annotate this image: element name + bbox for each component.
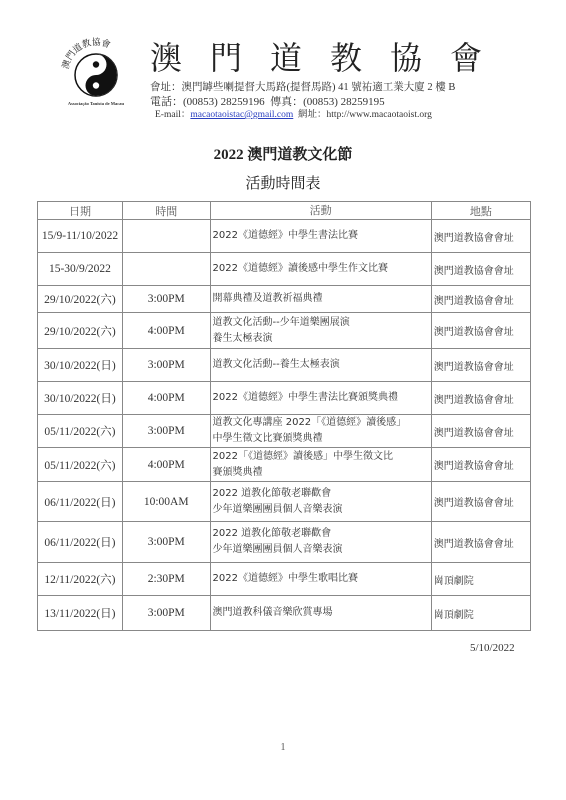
table-row: 05/11/2022(六)4:00PM2022「《道德經》讀後感」中學生徵文比賽…: [38, 448, 531, 482]
cell-activity: 道教文化活動--養生太極表演: [210, 349, 431, 382]
table-row: 29/10/2022(六)3:00PM開幕典禮及道教祈福典禮澳門道教協會會址: [38, 286, 531, 313]
website-label: 網址：: [298, 110, 327, 120]
email-link[interactable]: macaotaoistac@gmail.com: [190, 110, 293, 120]
table-row: 06/11/2022(日)10:00AM2022 道教化節敬老聯歡會少年道樂團團…: [38, 482, 531, 522]
activity-line: 2022《道德經》中學生書法比賽頒獎典禮: [213, 390, 429, 406]
cell-venue: 澳門道教協會會址: [431, 253, 530, 286]
cell-venue: 澳門道教協會會址: [431, 349, 530, 382]
cell-activity: 道教文化專講座 2022「《道德經》讀後感」中學生徵文比賽頒獎典禮: [210, 415, 431, 448]
cell-activity: 開幕典禮及道教祈福典禮: [210, 286, 431, 313]
header-activity: 活動: [210, 202, 431, 220]
cell-activity: 2022《道德經》中學生歌唱比賽: [210, 563, 431, 596]
email-website-line: E-mail：macaotaoistac@gmail.com 網址：http:/…: [155, 106, 432, 120]
header-date: 日期: [38, 202, 123, 220]
table-row: 15-30/9/20222022《道德經》讀後感中學生作文比賽澳門道教協會會址: [38, 253, 531, 286]
cell-time: 3:00PM: [122, 349, 210, 382]
cell-time: 4:00PM: [122, 448, 210, 482]
cell-activity: 2022《道德經》中學生書法比賽: [210, 220, 431, 253]
cell-venue: 澳門道教協會會址: [431, 313, 530, 349]
cell-date: 15-30/9/2022: [38, 253, 123, 286]
cell-date: 29/10/2022(六): [38, 286, 123, 313]
activity-line: 賽頒獎典禮: [213, 465, 429, 481]
cell-activity: 2022「《道德經》讀後感」中學生徵文比賽頒獎典禮: [210, 448, 431, 482]
activity-line: 少年道樂團團員個人音樂表演: [213, 542, 429, 558]
activity-line: 開幕典禮及道教祈福典禮: [213, 291, 429, 307]
cell-venue: 崗頂劇院: [431, 596, 530, 631]
yin-yang-icon: 澳門道教協會: [54, 33, 138, 99]
cell-date: 30/10/2022(日): [38, 349, 123, 382]
table-row: 15/9-11/10/20222022《道德經》中學生書法比賽澳門道教協會會址: [38, 220, 531, 253]
document-title: 2022 澳門道教文化節: [0, 143, 566, 164]
cell-venue: 澳門道教協會會址: [431, 286, 530, 313]
header-time: 時間: [122, 202, 210, 220]
activity-line: 養生太極表演: [213, 331, 429, 347]
header-venue: 地點: [431, 202, 530, 220]
table-row: 12/11/2022(六)2:30PM2022《道德經》中學生歌唱比賽崗頂劇院: [38, 563, 531, 596]
activity-line: 道教文化活動--少年道樂團展演: [213, 315, 429, 331]
cell-time: 10:00AM: [122, 482, 210, 522]
address-line: 會址：澳門罅些喇提督大馬路(提督馬路) 41 號祐適工業大廈 2 樓 B: [150, 79, 455, 94]
cell-activity: 澳門道教科儀音樂欣賞專場: [210, 596, 431, 631]
table-row: 30/10/2022(日)3:00PM道教文化活動--養生太極表演澳門道教協會會…: [38, 349, 531, 382]
cell-time: 3:00PM: [122, 522, 210, 563]
table-row: 29/10/2022(六)4:00PM道教文化活動--少年道樂團展演養生太極表演…: [38, 313, 531, 349]
activity-line: 2022《道德經》讀後感中學生作文比賽: [213, 261, 429, 277]
cell-time: [122, 253, 210, 286]
schedule-table: 日期 時間 活動 地點 15/9-11/10/20222022《道德經》中學生書…: [37, 201, 531, 631]
cell-date: 13/11/2022(日): [38, 596, 123, 631]
cell-date: 06/11/2022(日): [38, 522, 123, 563]
cell-date: 06/11/2022(日): [38, 482, 123, 522]
cell-date: 05/11/2022(六): [38, 448, 123, 482]
activity-line: 道教文化活動--養生太極表演: [213, 357, 429, 373]
activity-line: 澳門道教科儀音樂欣賞專場: [213, 605, 429, 621]
website-value: http://www.macaotaoist.org: [327, 110, 432, 120]
letterhead: 澳門道教協會 Associação Tauista de Macau 澳門道教協…: [0, 0, 566, 125]
cell-venue: 澳門道教協會會址: [431, 382, 530, 415]
cell-activity: 2022 道教化節敬老聯歡會少年道樂團團員個人音樂表演: [210, 522, 431, 563]
association-logo: 澳門道教協會 Associação Tauista de Macau: [54, 33, 138, 109]
table-row: 13/11/2022(日)3:00PM澳門道教科儀音樂欣賞專場崗頂劇院: [38, 596, 531, 631]
activity-line: 2022「《道德經》讀後感」中學生徵文比: [213, 449, 429, 465]
cell-venue: 澳門道教協會會址: [431, 482, 530, 522]
cell-venue: 澳門道教協會會址: [431, 522, 530, 563]
activity-line: 2022 道教化節敬老聯歡會: [213, 486, 429, 502]
table-header-row: 日期 時間 活動 地點: [38, 202, 531, 220]
organization-name: 澳門道教協會: [150, 40, 510, 76]
cell-date: 29/10/2022(六): [38, 313, 123, 349]
cell-activity: 2022 道教化節敬老聯歡會少年道樂團團員個人音樂表演: [210, 482, 431, 522]
document-subtitle: 活動時間表: [0, 172, 566, 193]
cell-date: 05/11/2022(六): [38, 415, 123, 448]
cell-time: 3:00PM: [122, 286, 210, 313]
activity-line: 中學生徵文比賽頒獎典禮: [213, 431, 429, 447]
cell-venue: 澳門道教協會會址: [431, 415, 530, 448]
activity-line: 2022 道教化節敬老聯歡會: [213, 526, 429, 542]
schedule-body: 15/9-11/10/20222022《道德經》中學生書法比賽澳門道教協會會址1…: [38, 220, 531, 631]
cell-date: 15/9-11/10/2022: [38, 220, 123, 253]
address-value: 澳門罅些喇提督大馬路(提督馬路) 41 號祐適工業大廈 2 樓 B: [182, 82, 456, 93]
logo-caption: Associação Tauista de Macau: [54, 101, 138, 106]
address-label: 會址：: [150, 82, 182, 93]
cell-date: 12/11/2022(六): [38, 563, 123, 596]
cell-venue: 澳門道教協會會址: [431, 448, 530, 482]
cell-activity: 道教文化活動--少年道樂團展演養生太極表演: [210, 313, 431, 349]
table-row: 05/11/2022(六)3:00PM道教文化專講座 2022「《道德經》讀後感…: [38, 415, 531, 448]
table-row: 30/10/2022(日)4:00PM2022《道德經》中學生書法比賽頒獎典禮澳…: [38, 382, 531, 415]
activity-line: 少年道樂團團員個人音樂表演: [213, 502, 429, 518]
cell-time: 3:00PM: [122, 415, 210, 448]
cell-time: [122, 220, 210, 253]
cell-time: 4:00PM: [122, 313, 210, 349]
cell-venue: 澳門道教協會會址: [431, 220, 530, 253]
cell-activity: 2022《道德經》中學生書法比賽頒獎典禮: [210, 382, 431, 415]
activity-line: 2022《道德經》中學生歌唱比賽: [213, 571, 429, 587]
cell-time: 4:00PM: [122, 382, 210, 415]
cell-date: 30/10/2022(日): [38, 382, 123, 415]
email-label: E-mail：: [155, 110, 190, 120]
activity-line: 道教文化專講座 2022「《道德經》讀後感」: [213, 415, 429, 431]
cell-time: 3:00PM: [122, 596, 210, 631]
cell-activity: 2022《道德經》讀後感中學生作文比賽: [210, 253, 431, 286]
document-date: 5/10/2022: [470, 642, 515, 654]
page-number: 1: [0, 742, 566, 753]
activity-line: 2022《道德經》中學生書法比賽: [213, 228, 429, 244]
cell-venue: 崗頂劇院: [431, 563, 530, 596]
table-row: 06/11/2022(日)3:00PM2022 道教化節敬老聯歡會少年道樂團團員…: [38, 522, 531, 563]
cell-time: 2:30PM: [122, 563, 210, 596]
